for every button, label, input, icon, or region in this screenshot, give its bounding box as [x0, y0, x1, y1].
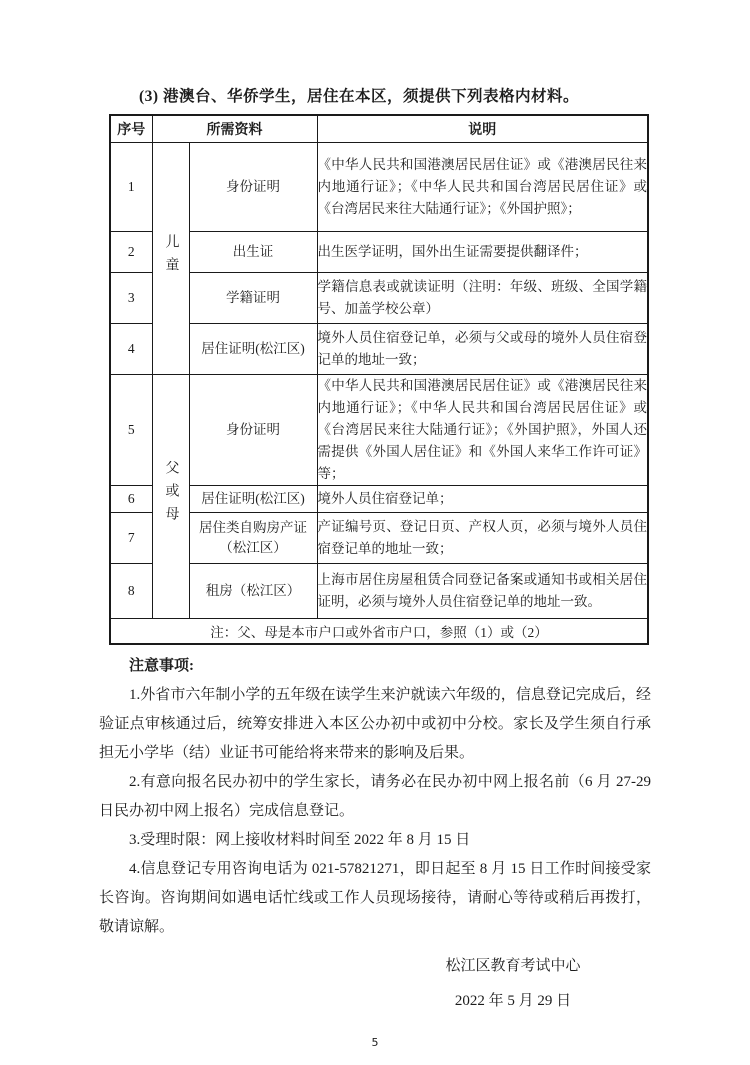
table-row: 7 居住类自购房产证（松江区） 产证编号页、登记日页、产权人页，必须与境外人员住…	[110, 513, 648, 564]
row-doc: 出生证	[189, 232, 317, 273]
group-label: 父或母	[161, 460, 181, 529]
row-desc: 《中华人民共和国港澳居民居住证》或《港澳居民往来内地通行证》；《中华人民共和国台…	[317, 143, 648, 232]
row-desc: 上海市居住房屋租赁合同登记备案或通知书或相关居住证明，必须与境外人员住宿登记单的…	[317, 564, 648, 619]
note-item-1: 1.外省市六年制小学的五年级在读学生来沪就读六年级的，信息登记完成后，经验证点审…	[99, 681, 651, 768]
note-item-4: 4.信息登记专用咨询电话为 021-57821271，即日起至 8 月 15 日…	[99, 855, 651, 942]
header-cell-num: 序号	[110, 115, 152, 143]
row-num: 8	[110, 564, 152, 619]
table-row: 3 学籍证明 学籍信息表或就读证明（注明：年级、班级、全国学籍号、加盖学校公章）	[110, 273, 648, 324]
table-row: 6 居住证明(松江区) 境外人员住宿登记单；	[110, 486, 648, 513]
row-doc: 居住证明(松江区)	[189, 486, 317, 513]
table-footnote: 注：父、母是本市户口或外省市户口，参照（1）或（2）	[110, 619, 648, 645]
row-num: 2	[110, 232, 152, 273]
page-title: (3) 港澳台、华侨学生，居住在本区，须提供下列表格内材料。	[99, 84, 651, 106]
row-num: 6	[110, 486, 152, 513]
row-num: 3	[110, 273, 152, 324]
row-desc: 产证编号页、登记日页、产权人页，必须与境外人员住宿登记单的地址一致；	[317, 513, 648, 564]
row-desc: 境外人员住宿登记单；	[317, 486, 648, 513]
table-row: 4 居住证明(松江区) 境外人员住宿登记单，必须与父或母的境外人员住宿登记单的地…	[110, 324, 648, 375]
row-desc: 《中华人民共和国港澳居民居住证》或《港澳居民往来内地通行证》；《中华人民共和国台…	[317, 375, 648, 486]
row-num: 7	[110, 513, 152, 564]
row-desc: 境外人员住宿登记单，必须与父或母的境外人员住宿登记单的地址一致；	[317, 324, 648, 375]
table-row: 8 租房（松江区） 上海市居住房屋租赁合同登记备案或通知书或相关居住证明，必须与…	[110, 564, 648, 619]
row-num: 4	[110, 324, 152, 375]
row-num: 5	[110, 375, 152, 486]
row-desc: 学籍信息表或就读证明（注明：年级、班级、全国学籍号、加盖学校公章）	[317, 273, 648, 324]
row-doc: 租房（松江区）	[189, 564, 317, 619]
materials-table: 序号 所需资料 说明 1 儿童 身份证明 《中华人民共和国港澳居民居住证》或《港…	[109, 114, 649, 645]
row-doc: 学籍证明	[189, 273, 317, 324]
row-doc: 身份证明	[189, 143, 317, 232]
document-page: (3) 港澳台、华侨学生，居住在本区，须提供下列表格内材料。 序号 所需资料 说…	[99, 0, 651, 1049]
row-desc: 出生医学证明，国外出生证需要提供翻译件；	[317, 232, 648, 273]
signature-org: 松江区教育考试中心	[393, 954, 633, 975]
notes-heading: 注意事项:	[99, 652, 651, 681]
table-header-row: 序号 所需资料 说明	[110, 115, 648, 143]
table-row: 2 出生证 出生医学证明，国外出生证需要提供翻译件；	[110, 232, 648, 273]
signature-date: 2022 年 5 月 29 日	[393, 989, 633, 1010]
group-label: 儿童	[161, 234, 181, 280]
header-cell-description: 说明	[317, 115, 648, 143]
row-doc: 居住类自购房产证（松江区）	[189, 513, 317, 564]
row-num: 1	[110, 143, 152, 232]
table-row: 1 儿童 身份证明 《中华人民共和国港澳居民居住证》或《港澳居民往来内地通行证》…	[110, 143, 648, 232]
signature-block: 松江区教育考试中心 2022 年 5 月 29 日	[393, 954, 633, 1010]
group-cell-parent: 父或母	[152, 375, 189, 619]
header-cell-materials: 所需资料	[152, 115, 317, 143]
notes-section: 注意事项: 1.外省市六年制小学的五年级在读学生来沪就读六年级的，信息登记完成后…	[99, 652, 651, 942]
row-doc: 居住证明(松江区)	[189, 324, 317, 375]
page-number: 5	[99, 1036, 651, 1049]
note-item-2: 2.有意向报名民办初中的学生家长，请务必在民办初中网上报名前（6 月 27-29…	[99, 768, 651, 826]
row-doc: 身份证明	[189, 375, 317, 486]
group-cell-child: 儿童	[152, 143, 189, 375]
table-row: 5 父或母 身份证明 《中华人民共和国港澳居民居住证》或《港澳居民往来内地通行证…	[110, 375, 648, 486]
note-item-3: 3.受理时限：网上接收材料时间至 2022 年 8 月 15 日	[99, 826, 651, 855]
table-footnote-row: 注：父、母是本市户口或外省市户口，参照（1）或（2）	[110, 619, 648, 645]
